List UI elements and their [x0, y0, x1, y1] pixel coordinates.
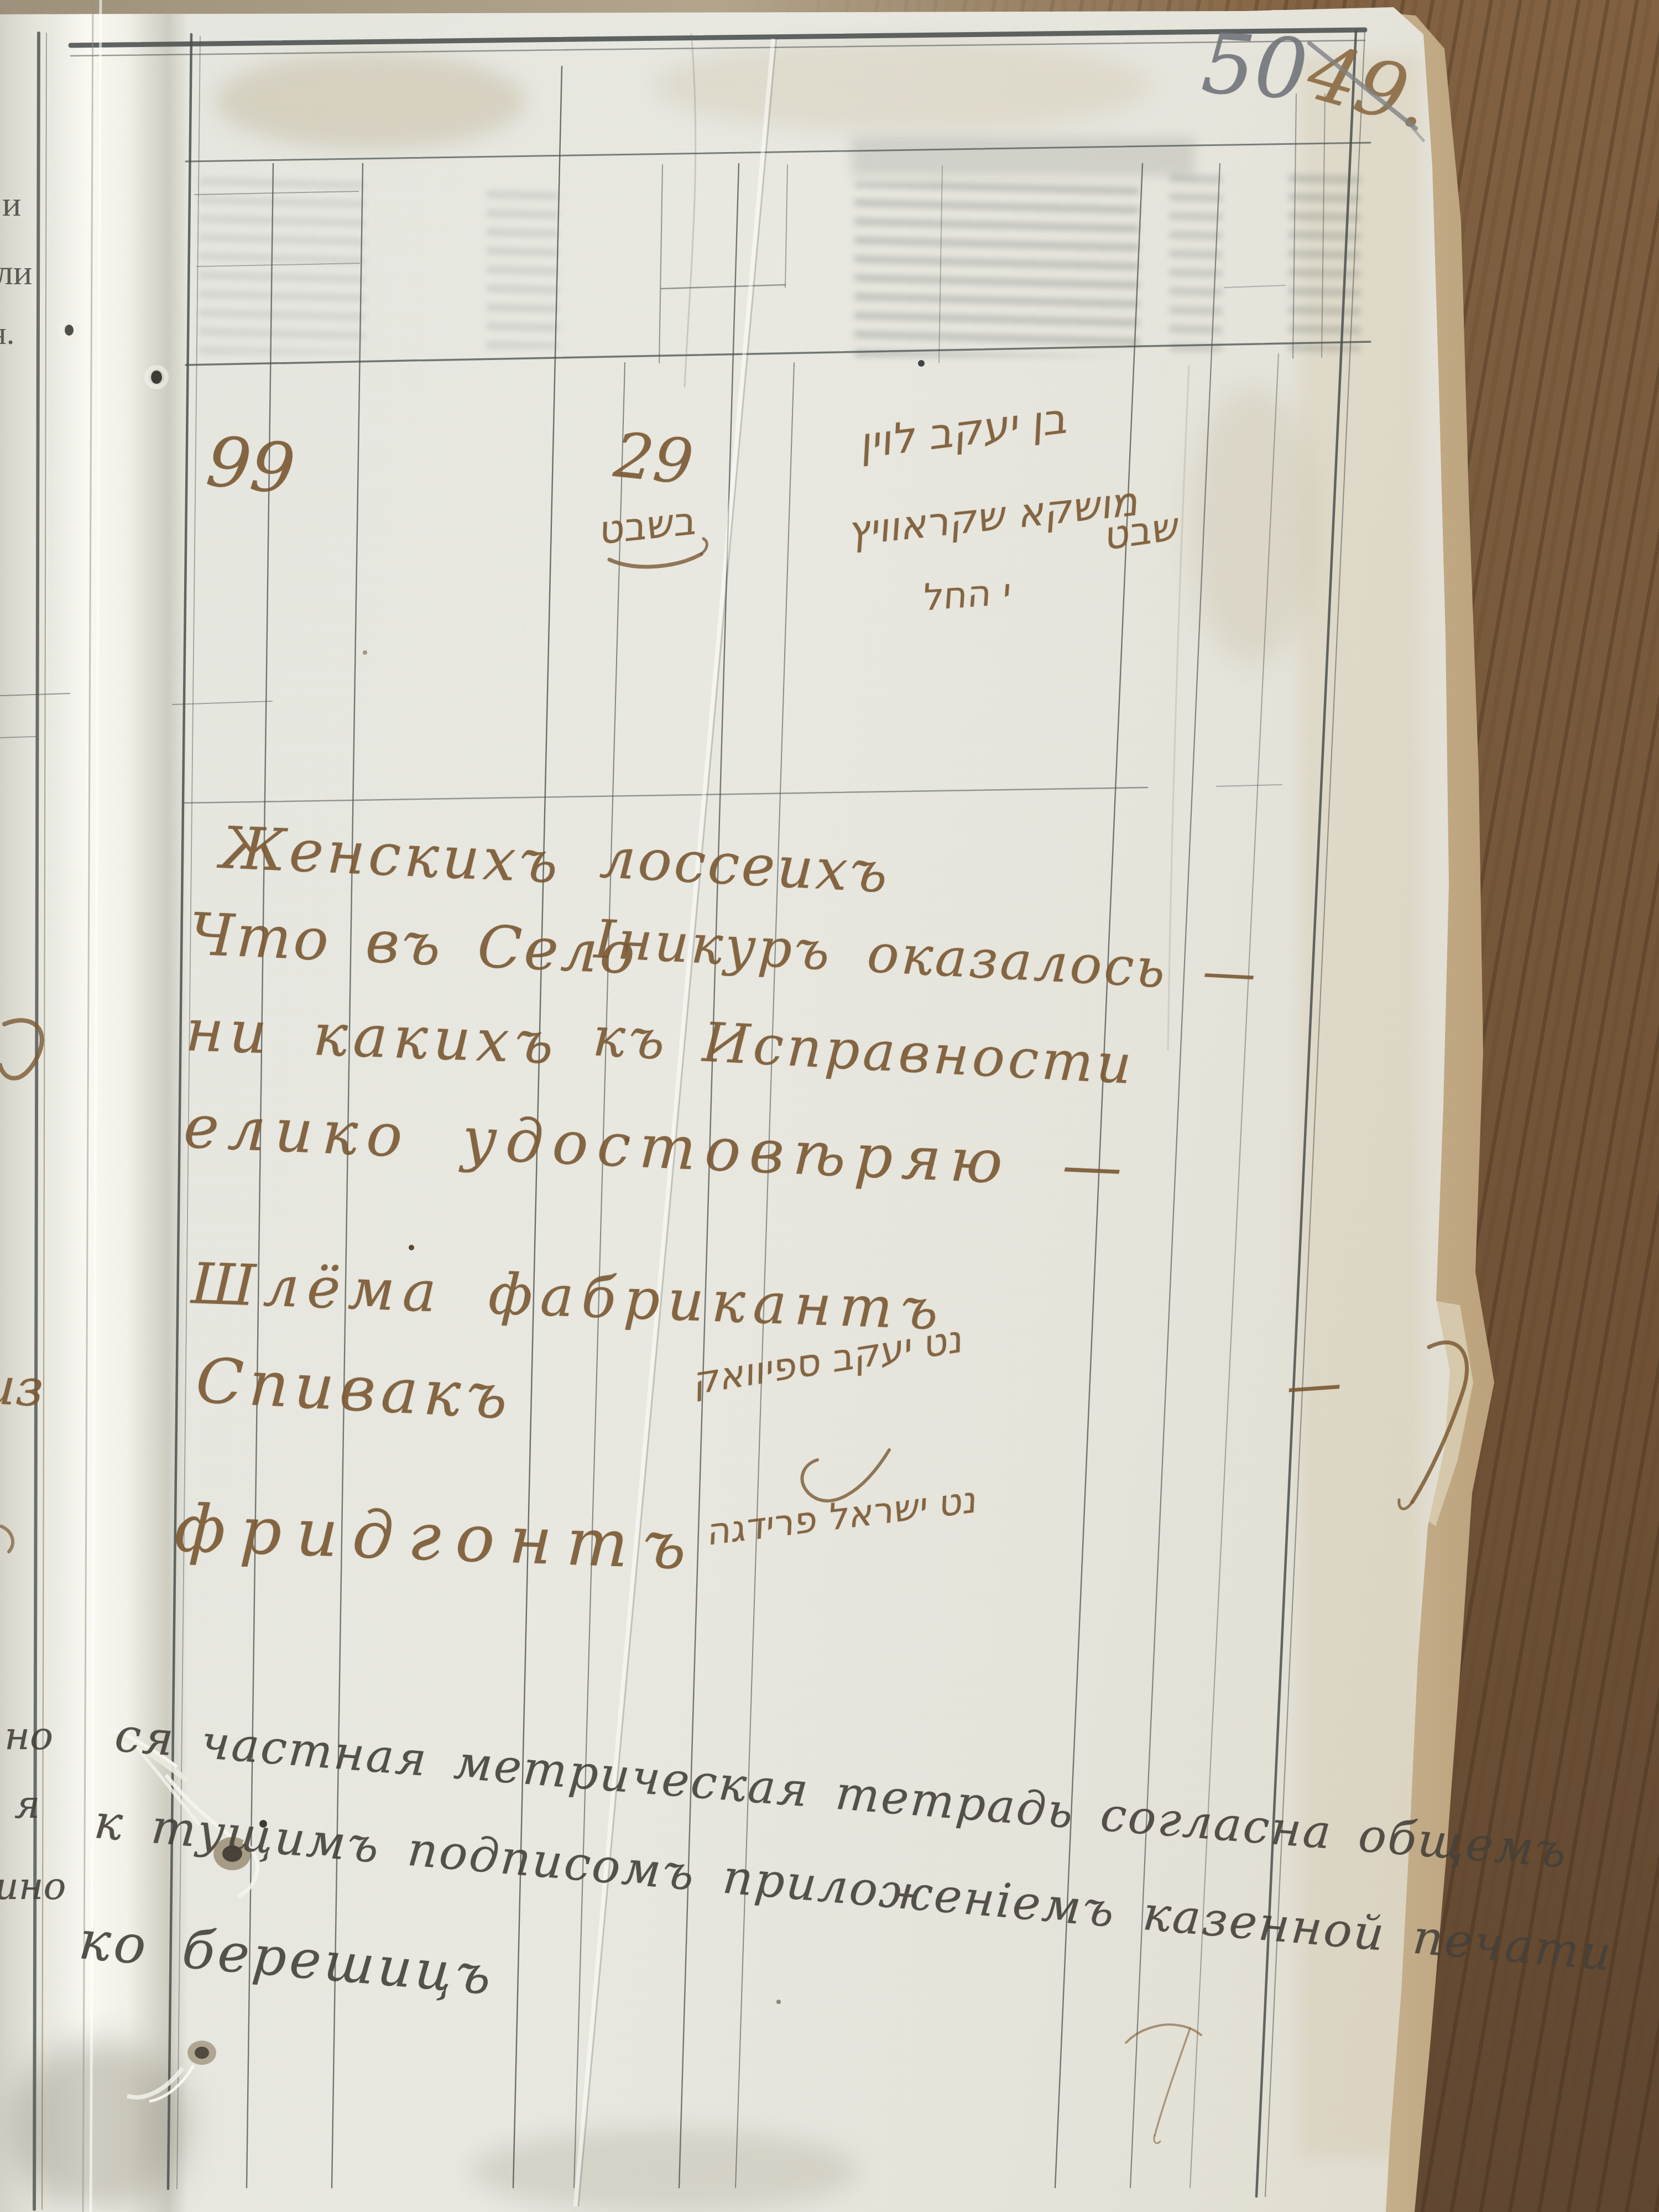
- ink-flourishes: [0, 539, 1467, 2143]
- pencil-slash: [1310, 43, 1423, 140]
- ink-flourish-overlay: [0, 0, 1659, 2212]
- document-photo: 50 49. 99 29 בשבט בן יעקב לוין מושקא שקר…: [0, 0, 1659, 2212]
